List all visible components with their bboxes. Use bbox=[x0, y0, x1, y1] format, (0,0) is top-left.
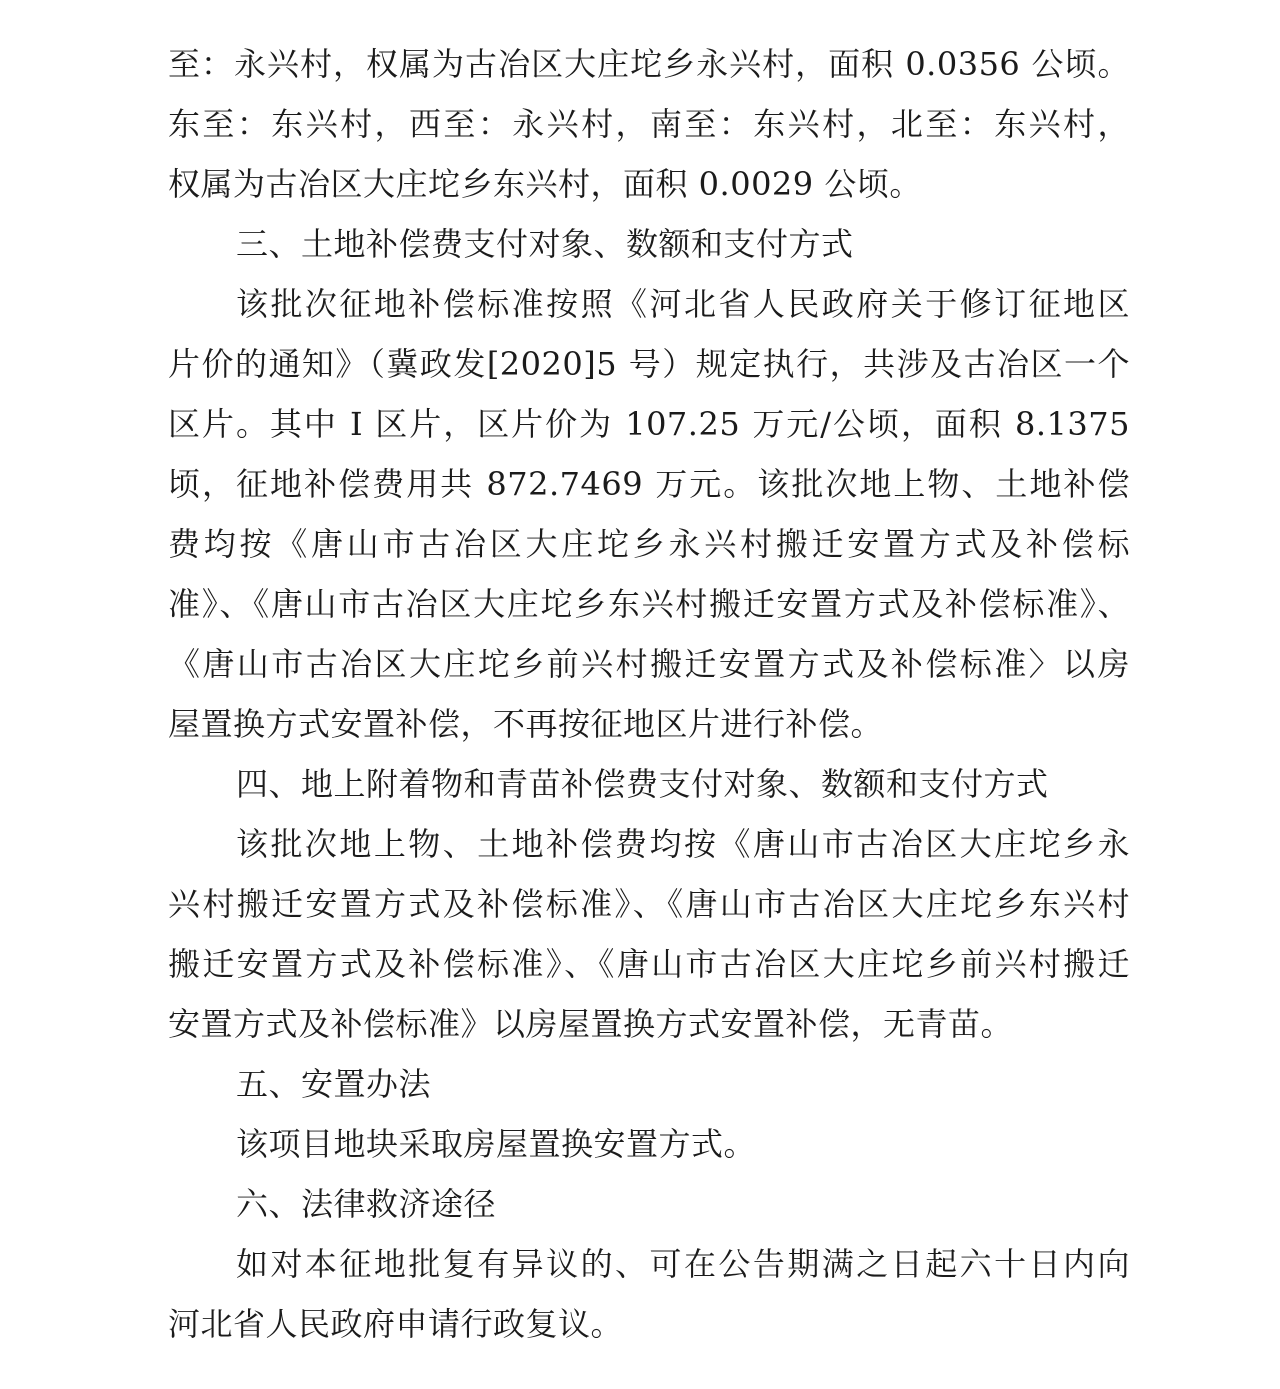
document-page: 至：永兴村，权属为古冶区大庄坨乡永兴村，面积 0.0356 公顷。 东至：东兴村… bbox=[0, 0, 1280, 1389]
document-line: 河北省人民政府申请行政复议。 bbox=[168, 1294, 1130, 1354]
document-line: 《唐山市古冶区大庄坨乡前兴村搬迁安置方式及补偿标准〉以房 bbox=[168, 634, 1130, 694]
document-line: 东至：东兴村，西至：永兴村，南至：东兴村，北至：东兴村， bbox=[168, 94, 1130, 154]
section-heading-4: 四、地上附着物和青苗补偿费支付对象、数额和支付方式 bbox=[168, 754, 1130, 814]
document-line: 费均按《唐山市古冶区大庄坨乡永兴村搬迁安置方式及补偿标 bbox=[168, 514, 1130, 574]
document-line: 至：永兴村，权属为古冶区大庄坨乡永兴村，面积 0.0356 公顷。 bbox=[168, 34, 1130, 94]
document-line: 屋置换方式安置补偿，不再按征地区片进行补偿。 bbox=[168, 694, 1130, 754]
document-line: 区片。其中 I 区片，区片价为 107.25 万元/公顷，面积 8.1375 公 bbox=[168, 394, 1130, 454]
document-line: 如对本征地批复有异议的、可在公告期满之日起六十日内向 bbox=[168, 1234, 1130, 1294]
document-line: 该项目地块采取房屋置换安置方式。 bbox=[168, 1114, 1130, 1174]
document-line: 片价的通知》（冀政发[2020]5 号）规定执行，共涉及古冶区一个 bbox=[168, 334, 1130, 394]
document-line: 搬迁安置方式及补偿标准》、《唐山市古冶区大庄坨乡前兴村搬迁 bbox=[168, 934, 1130, 994]
document-line: 安置方式及补偿标准》以房屋置换方式安置补偿，无青苗。 bbox=[168, 994, 1130, 1054]
document-line: 权属为古冶区大庄坨乡东兴村，面积 0.0029 公顷。 bbox=[168, 154, 1130, 214]
document-line: 该批次地上物、土地补偿费均按《唐山市古冶区大庄坨乡永 bbox=[168, 814, 1130, 874]
section-heading-3: 三、土地补偿费支付对象、数额和支付方式 bbox=[168, 214, 1130, 274]
section-heading-6: 六、法律救济途径 bbox=[168, 1174, 1130, 1234]
document-line: 兴村搬迁安置方式及补偿标准》、《唐山市古冶区大庄坨乡东兴村 bbox=[168, 874, 1130, 934]
document-text-block: 至：永兴村，权属为古冶区大庄坨乡永兴村，面积 0.0356 公顷。 东至：东兴村… bbox=[168, 34, 1130, 1354]
section-heading-5: 五、安置办法 bbox=[168, 1054, 1130, 1114]
document-line: 该批次征地补偿标准按照《河北省人民政府关于修订征地区 bbox=[168, 274, 1130, 334]
document-line: 顷，征地补偿费用共 872.7469 万元。该批次地上物、土地补偿 bbox=[168, 454, 1130, 514]
document-line: 准》、《唐山市古冶区大庄坨乡东兴村搬迁安置方式及补偿标准》、 bbox=[168, 574, 1130, 634]
